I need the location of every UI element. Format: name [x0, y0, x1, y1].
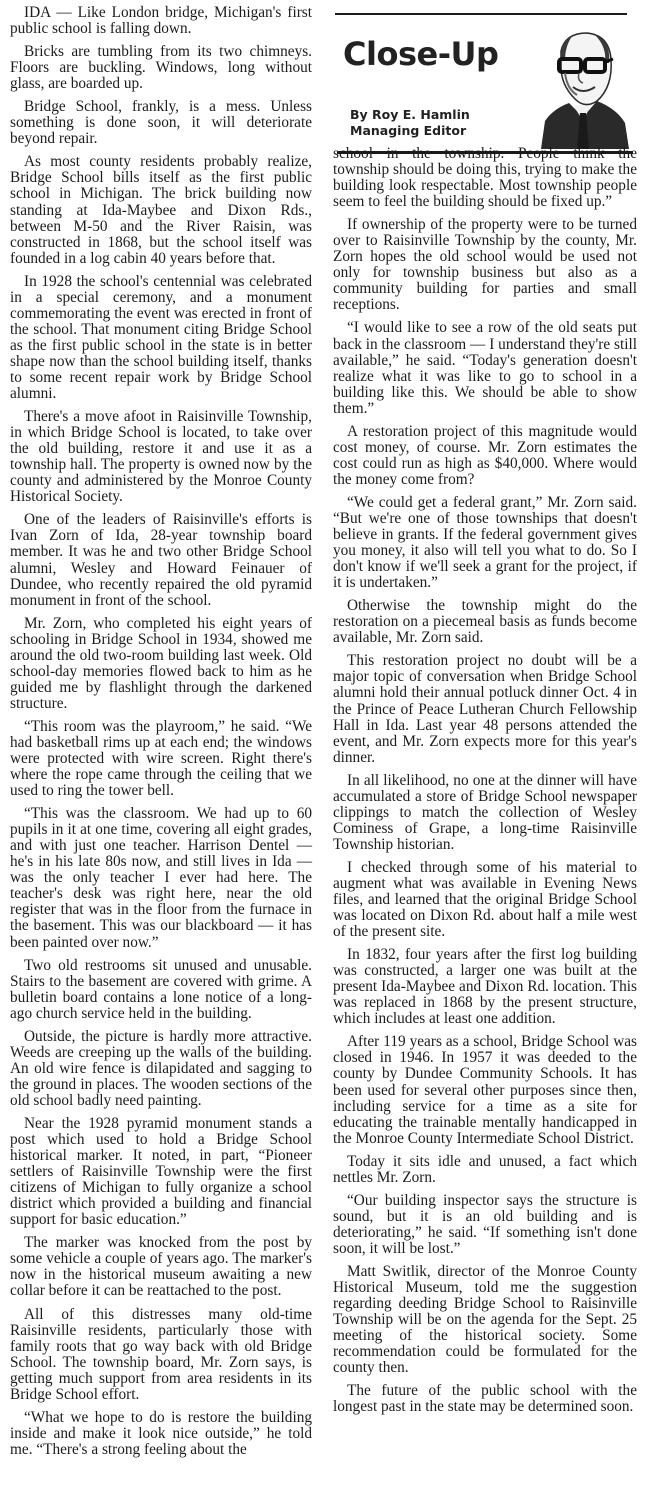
paragraph: There's a move afoot in Raisinville Town…: [10, 409, 312, 505]
paragraph: In 1832, four years after the first log …: [333, 947, 637, 1027]
paragraph: In 1928 the school's centennial was cele…: [10, 274, 312, 402]
paragraph: “I would like to see a row of the old se…: [333, 320, 637, 416]
byline-role: Managing Editor: [350, 123, 470, 139]
article-column-right: school in the township. People think the…: [333, 146, 637, 1422]
portrait-illustration-icon: [539, 29, 631, 151]
paragraph: “Our building inspector says the structu…: [333, 1193, 637, 1257]
paragraph: Two old restrooms sit unused and unusa­b…: [10, 958, 312, 1022]
paragraph: I checked through some of his material t…: [333, 860, 637, 940]
byline-author: By Roy E. Hamlin: [350, 107, 470, 123]
author-portrait: [539, 29, 631, 151]
paragraph: “We could get a federal grant,” Mr. Zorn…: [333, 495, 637, 591]
paragraph: “This was the classroom. We had up to 60…: [10, 806, 312, 950]
paragraph: This restoration project no doubt will b…: [333, 653, 637, 765]
column-header-closeup: Close-Up By Roy E. Hamlin Managing Edito…: [333, 11, 633, 154]
paragraph: Outside, the picture is hardly more at­t…: [10, 1029, 312, 1109]
paragraph: “What we hope to do is restore the build…: [10, 1410, 312, 1458]
paragraph: After 119 years as a school, Bridge Scho…: [333, 1034, 637, 1146]
paragraph: Today it sits idle and unused, a fact wh…: [333, 1154, 637, 1186]
paragraph: Bridge School, frankly, is a mess. Unles…: [10, 99, 312, 147]
paragraph: The marker was knocked from the post by …: [10, 1235, 312, 1299]
paragraph: IDA — Like London bridge, Michigan's fir…: [10, 5, 312, 37]
article-column-left: IDA — Like London bridge, Michigan's fir…: [10, 5, 312, 1465]
paragraph: Near the 1928 pyramid monument stands a …: [10, 1116, 312, 1228]
paragraph: As most county residents probably realiz…: [10, 154, 312, 266]
paragraph: The future of the public school with the…: [333, 1383, 637, 1415]
paragraph: All of this distresses many old-time Rai…: [10, 1307, 312, 1403]
paragraph: Matt Switlik, director of the Monroe Cou…: [333, 1264, 637, 1376]
paragraph: “This room was the playroom,” he said. “…: [10, 719, 312, 799]
paragraph: One of the leaders of Raisinville's effo…: [10, 512, 312, 608]
paragraph: Bricks are tumbling from its two chim­ne…: [10, 44, 312, 92]
column-title: Close-Up: [343, 35, 498, 73]
paragraph: Otherwise the township might do the rest…: [333, 598, 637, 646]
paragraph: A restoration project of this magnitude …: [333, 424, 637, 488]
paragraph: In all likelihood, no one at the dinner …: [333, 773, 637, 853]
paragraph: If ownership of the property were to be …: [333, 217, 637, 313]
header-rule-top: [335, 13, 627, 15]
byline: By Roy E. Hamlin Managing Editor: [350, 107, 470, 139]
paragraph: Mr. Zorn, who completed his eight years …: [10, 616, 312, 712]
paragraph: school in the township. People think the…: [333, 146, 637, 210]
